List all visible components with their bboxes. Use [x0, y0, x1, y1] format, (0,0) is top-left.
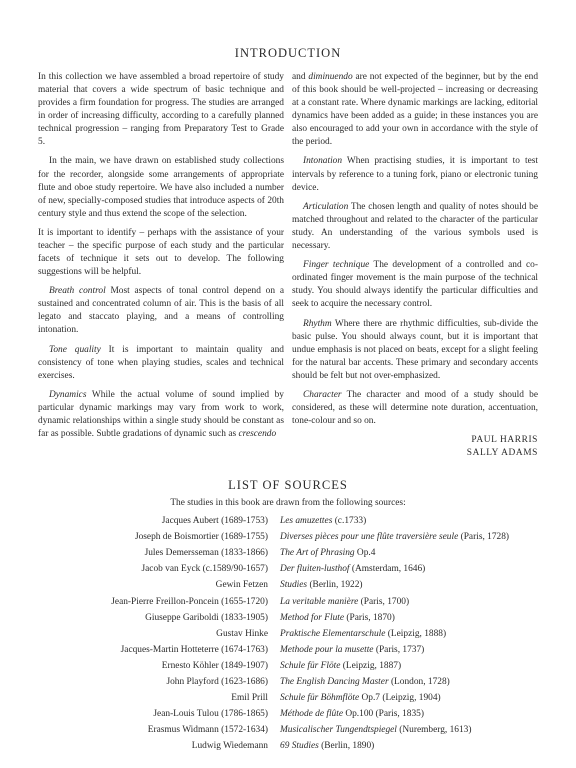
paragraph-breath-control: Breath control Most aspects of tonal con…	[38, 285, 284, 337]
paragraph-articulation: Articulation The chosen length and quali…	[292, 201, 538, 253]
source-composer: John Playford (1623-1686)	[0, 677, 280, 687]
paragraph-italic-term: diminuendo	[308, 72, 352, 82]
source-row: Ludwig Wiedemann69 Studies (Berlin, 1890…	[0, 738, 576, 754]
source-work-title: Diverses pièces pour une flûte traversiè…	[280, 532, 458, 542]
source-composer: Giuseppe Gariboldi (1833-1905)	[0, 613, 280, 623]
source-work-title: Schule für Böhmflöte	[280, 693, 359, 703]
source-composer: Emil Prill	[0, 693, 280, 703]
paragraph-dynamics: Dynamics While the actual volume of soun…	[38, 389, 284, 441]
author-signature: PAUL HARRIS SALLY ADAMS	[292, 434, 538, 460]
source-row: Jules Demersseman (1833-1866)The Art of …	[0, 545, 576, 561]
paragraph-lead: Rhythm	[303, 319, 332, 329]
source-composer: Erasmus Widmann (1572-1634)	[0, 725, 280, 735]
paragraph-lead: Articulation	[303, 202, 348, 212]
source-row: Giuseppe Gariboldi (1833-1905)Method for…	[0, 610, 576, 626]
source-work-title: Studies	[280, 580, 307, 590]
source-row: Jacques Aubert (1689-1753)Les amuzettes …	[0, 513, 576, 529]
source-work-title: Schule für Flöte	[280, 661, 340, 671]
source-work-details: Op.100 (Paris, 1835)	[343, 709, 424, 719]
paragraph-text: In the main, we have drawn on establishe…	[38, 156, 284, 218]
paragraph-lead: Finger technique	[303, 260, 369, 270]
source-composer: Joseph de Boismortier (1689-1755)	[0, 532, 280, 542]
source-work: Der fluiten-lusthof (Amsterdam, 1646)	[280, 564, 576, 574]
paragraph-rhythm: Rhythm Where there are rhythmic difficul…	[292, 318, 538, 383]
introduction-body: In this collection we have assembled a b…	[38, 71, 538, 460]
source-work-details: (London, 1728)	[389, 677, 450, 687]
source-work-details: (Paris, 1728)	[458, 532, 509, 542]
source-work-details: (Berlin, 1890)	[319, 741, 374, 751]
paragraph-lead: Character	[303, 390, 342, 400]
paragraph-lead: Intonation	[303, 156, 342, 166]
source-composer: Ernesto Köhler (1849-1907)	[0, 661, 280, 671]
paragraph-lead: Breath control	[49, 286, 106, 296]
source-work-details: Op.7 (Leipzig, 1904)	[359, 693, 441, 703]
left-column: In this collection we have assembled a b…	[38, 71, 284, 460]
source-composer: Gewin Fetzen	[0, 580, 280, 590]
source-composer: Jean-Louis Tulou (1786-1865)	[0, 709, 280, 719]
source-work-title: The English Dancing Master	[280, 677, 389, 687]
source-work: Studies (Berlin, 1922)	[280, 580, 576, 590]
source-work-title: The Art of Phrasing	[280, 548, 355, 558]
paragraph-sources: In the main, we have drawn on establishe…	[38, 155, 284, 220]
source-work-title: La veritable manière	[280, 597, 358, 607]
paragraph-italic-term: crescendo	[238, 429, 276, 439]
book-page: INTRODUCTION In this collection we have …	[0, 0, 576, 768]
source-work-details: (c.1733)	[332, 516, 366, 526]
source-row: John Playford (1623-1686)The English Dan…	[0, 674, 576, 690]
source-work-details: (Leipzig, 1888)	[385, 629, 446, 639]
source-row: Ernesto Köhler (1849-1907)Schule für Flö…	[0, 658, 576, 674]
source-work: Schule für Böhmflöte Op.7 (Leipzig, 1904…	[280, 693, 576, 703]
source-work-title: Der fluiten-lusthof	[280, 564, 350, 574]
paragraph-text: It is important to identify – perhaps wi…	[38, 228, 284, 277]
source-row: Erasmus Widmann (1572-1634)Musicalischer…	[0, 722, 576, 738]
source-row: Jacques-Martin Hotteterre (1674-1763)Met…	[0, 642, 576, 658]
paragraph-intonation: Intonation When practising studies, it i…	[292, 155, 538, 194]
source-work-title: Musicalischer Tungendtspiegel	[280, 725, 397, 735]
source-row: Emil PrillSchule für Böhmflöte Op.7 (Lei…	[0, 690, 576, 706]
paragraph-text: and	[292, 72, 308, 82]
right-column: and diminuendo are not expected of the b…	[292, 71, 538, 460]
source-work-details: (Paris, 1737)	[373, 645, 424, 655]
source-work: Les amuzettes (c.1733)	[280, 516, 576, 526]
source-row: Gustav HinkePraktische Elementarschule (…	[0, 626, 576, 642]
source-composer: Gustav Hinke	[0, 629, 280, 639]
source-work-title: Methode pour la musette	[280, 645, 373, 655]
paragraph-lead: Dynamics	[49, 390, 87, 400]
author-name: PAUL HARRIS	[292, 434, 538, 447]
paragraph-lead: Tone quality	[49, 345, 101, 355]
sources-list: Jacques Aubert (1689-1753)Les amuzettes …	[0, 513, 576, 754]
source-row: Gewin FetzenStudies (Berlin, 1922)	[0, 577, 576, 593]
source-row: Jean-Louis Tulou (1786-1865)Méthode de f…	[0, 706, 576, 722]
author-name: SALLY ADAMS	[292, 447, 538, 460]
source-row: Joseph de Boismortier (1689-1755)Diverse…	[0, 529, 576, 545]
paragraph-text: In this collection we have assembled a b…	[38, 72, 284, 147]
source-work: Méthode de flûte Op.100 (Paris, 1835)	[280, 709, 576, 719]
source-work-details: Op.4	[355, 548, 376, 558]
source-work-title: 69 Studies	[280, 741, 319, 751]
source-composer: Jacob van Eyck (c.1589/90-1657)	[0, 564, 280, 574]
source-composer: Jules Demersseman (1833-1866)	[0, 548, 280, 558]
source-work: Schule für Flöte (Leipzig, 1887)	[280, 661, 576, 671]
source-work: Methode pour la musette (Paris, 1737)	[280, 645, 576, 655]
source-work: Praktische Elementarschule (Leipzig, 188…	[280, 629, 576, 639]
source-work-details: (Leipzig, 1887)	[340, 661, 401, 671]
paragraph-text: are not expected of the beginner, but by…	[292, 72, 538, 147]
source-composer: Jean-Pierre Freillon-Poncein (1655-1720)	[0, 597, 280, 607]
source-work: Musicalischer Tungendtspiegel (Nuremberg…	[280, 725, 576, 735]
source-work-details: (Amsterdam, 1646)	[350, 564, 426, 574]
source-work: 69 Studies (Berlin, 1890)	[280, 741, 576, 751]
paragraph-overview: In this collection we have assembled a b…	[38, 71, 284, 149]
source-composer: Jacques-Martin Hotteterre (1674-1763)	[0, 645, 280, 655]
paragraph-tone-quality: Tone quality It is important to maintain…	[38, 344, 284, 383]
source-work-title: Method for Flute	[280, 613, 344, 623]
source-work-details: (Paris, 1870)	[344, 613, 395, 623]
paragraph-identify: It is important to identify – perhaps wi…	[38, 227, 284, 279]
paragraph-finger-technique: Finger technique The development of a co…	[292, 259, 538, 311]
source-work: Method for Flute (Paris, 1870)	[280, 613, 576, 623]
source-composer: Ludwig Wiedemann	[0, 741, 280, 751]
source-work-title: Praktische Elementarschule	[280, 629, 385, 639]
source-work-details: (Berlin, 1922)	[307, 580, 362, 590]
sources-intro: The studies in this book are drawn from …	[0, 498, 576, 508]
source-row: Jean-Pierre Freillon-Poncein (1655-1720)…	[0, 593, 576, 609]
source-work-title: Méthode de flûte	[280, 709, 343, 719]
source-work-details: (Paris, 1700)	[358, 597, 409, 607]
paragraph-dynamics-continued: and diminuendo are not expected of the b…	[292, 71, 538, 149]
sources-heading: LIST OF SOURCES	[0, 478, 576, 493]
source-work: The English Dancing Master (London, 1728…	[280, 677, 576, 687]
source-work-title: Les amuzettes	[280, 516, 332, 526]
source-composer: Jacques Aubert (1689-1753)	[0, 516, 280, 526]
paragraph-character: Character The character and mood of a st…	[292, 389, 538, 428]
source-work: The Art of Phrasing Op.4	[280, 548, 576, 558]
source-work-details: (Nuremberg, 1613)	[397, 725, 472, 735]
source-work: La veritable manière (Paris, 1700)	[280, 597, 576, 607]
source-work: Diverses pièces pour une flûte traversiè…	[280, 532, 576, 542]
introduction-heading: INTRODUCTION	[0, 46, 576, 61]
source-row: Jacob van Eyck (c.1589/90-1657)Der fluit…	[0, 561, 576, 577]
